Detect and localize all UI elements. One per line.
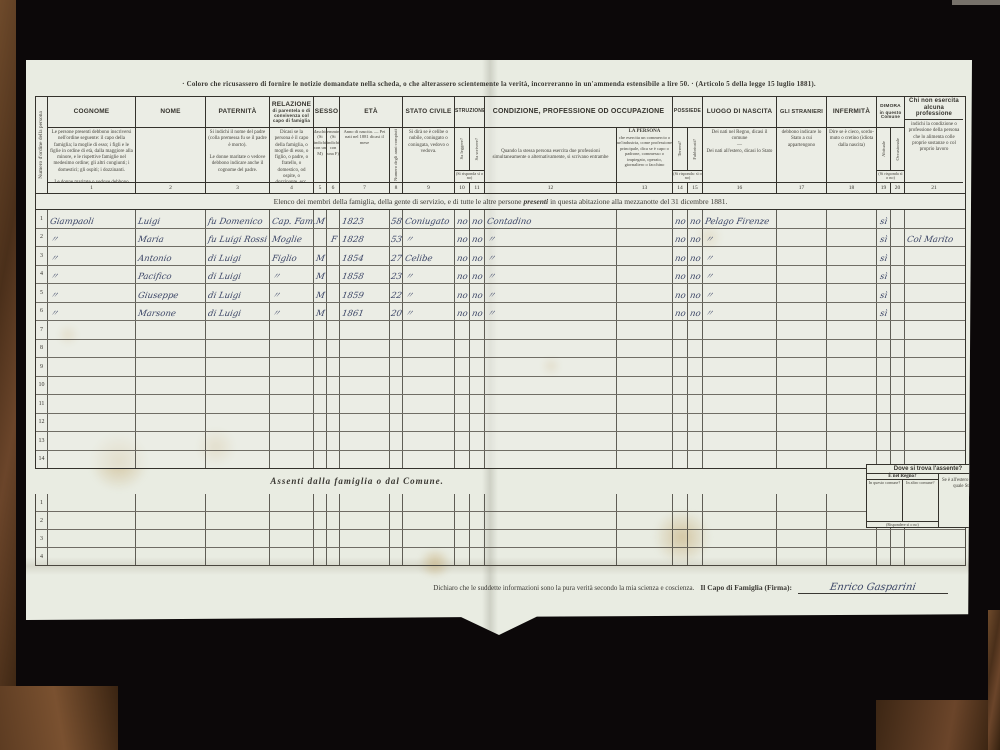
cell-terreni: no — [674, 217, 686, 227]
table-row: 2 — [36, 512, 965, 530]
cell-relazione: 〃 — [271, 289, 282, 301]
cell-terreni: no — [674, 272, 686, 282]
present-persons-table: Numero d'ordine della persona COGNOME Le… — [35, 96, 966, 469]
table-row: 3 — [36, 530, 965, 548]
cell-sa-scrivere: no — [471, 254, 483, 264]
cell-sa-leggere: no — [456, 235, 468, 245]
cell-luogo-nascita: 〃 — [704, 289, 715, 301]
cell-row-number: 3 — [36, 530, 48, 547]
cell-anno-nascita: 1828 — [341, 235, 364, 245]
cell-stato-civile: Celibe — [404, 254, 433, 264]
cell-stato-civile: Coniugato — [404, 217, 450, 227]
cell-row-number: 8 — [36, 340, 48, 358]
col-chi-non-esercita: Chi non esercita alcuna professione indi… — [905, 97, 963, 193]
cell-relazione: Cap. Fam. — [271, 217, 316, 227]
table-row: 4 〃 Pacifico di Luigi 〃 M 1858 23 〃 no n… — [36, 266, 965, 285]
cell-paternita: di Luigi — [207, 291, 242, 301]
cell-luogo-nascita: 〃 — [704, 252, 715, 264]
cell-sa-leggere: no — [456, 309, 468, 319]
table-row: 3 〃 Antonio di Luigi Figlio M 1854 27 Ce… — [36, 247, 965, 266]
cell-dimora-abituale: sì — [880, 217, 889, 227]
cell-dimora-abituale: sì — [880, 272, 889, 282]
table-row: 10 — [36, 377, 965, 396]
cell-anno-nascita: 1861 — [341, 309, 364, 319]
cell-stato-civile: 〃 — [404, 233, 415, 245]
cell-condizione: 〃 — [486, 289, 497, 301]
cell-femmina: F — [330, 235, 338, 245]
cell-condizione: 〃 — [486, 307, 497, 319]
cell-luogo-nascita: 〃 — [704, 307, 715, 319]
cell-anno-nascita: 1823 — [341, 217, 364, 227]
wood-table-edge-left — [0, 0, 16, 750]
cell-cognome: Giampaoli — [49, 217, 94, 227]
cell-relazione: Figlio — [271, 254, 297, 264]
cell-nome: Marsone — [137, 309, 177, 319]
terreni-label: Terreni? — [677, 141, 682, 156]
cell-fabbricati: no — [689, 235, 701, 245]
table-row: 9 — [36, 358, 965, 377]
cell-luogo-nascita: 〃 — [704, 270, 715, 282]
col-stranieri: GLI STRANIERI debbono indicare lo Stato … — [777, 97, 827, 193]
cell-paternita: di Luigi — [207, 309, 242, 319]
cell-fabbricati: no — [689, 217, 701, 227]
cell-sa-scrivere: no — [471, 272, 483, 282]
cell-row-number: 5 — [36, 284, 48, 302]
cell-terreni: no — [674, 235, 686, 245]
row-number-column-label: Numero d'ordine della persona — [38, 111, 44, 179]
cell-luogo-nascita: 〃 — [704, 233, 715, 245]
col-nome: NOME 2 — [136, 97, 206, 193]
cell-terreni: no — [674, 309, 686, 319]
cell-fabbricati: no — [689, 309, 701, 319]
cell-row-number: 9 — [36, 358, 48, 376]
cell-fabbricati: no — [689, 272, 701, 282]
wood-table-corner-bottom-left — [0, 686, 118, 750]
col-istruzione: ISTRUZIONE Sa leggere? Sa scrivere? (Si … — [455, 97, 485, 193]
cell-maschio: M — [315, 254, 325, 264]
cell-row-number: 1 — [36, 494, 48, 511]
cell-anno-nascita: 1854 — [341, 254, 364, 264]
cell-nome: Giuseppe — [137, 291, 179, 301]
cell-row-number: 6 — [36, 303, 48, 321]
cell-maschio: M — [315, 309, 325, 319]
table-row: 1 Giampaoli Luigi fu Domenico Cap. Fam. … — [36, 210, 965, 229]
cell-stato-civile: 〃 — [404, 289, 415, 301]
cell-paternita: di Luigi — [207, 254, 242, 264]
cell-sa-scrivere: no — [471, 309, 483, 319]
sa-scrivere-label: Sa scrivere? — [474, 138, 479, 160]
abituale-label: Abituale — [881, 141, 886, 157]
col-cognome: COGNOME Le persone presenti debbono insc… — [48, 97, 136, 193]
cell-fabbricati: no — [689, 291, 701, 301]
table-row: 2 〃 Maria fu Luigi Rossi Moglie F 1828 5… — [36, 229, 965, 248]
present-rows: 1 Giampaoli Luigi fu Domenico Cap. Fam. … — [36, 210, 965, 468]
cell-terreni: no — [674, 254, 686, 264]
head-of-family-signature: Enrico Gasparini — [798, 582, 948, 594]
cell-cognome: 〃 — [49, 289, 60, 301]
cell-maschio: M — [315, 272, 325, 282]
paper-sliver — [952, 0, 1000, 5]
col-dimora: DIMORA in questo Comune Abituale Occasio… — [877, 97, 905, 193]
present-list-title: Elenco dei membri della famiglia, della … — [36, 194, 965, 210]
cell-terreni: no — [674, 291, 686, 301]
cell-dimora-abituale: sì — [880, 309, 889, 319]
cell-cognome: 〃 — [49, 252, 60, 264]
cell-row-number: 3 — [36, 247, 48, 265]
cell-dimora-abituale: sì — [880, 291, 889, 301]
cell-anni-compiuti: 53 — [390, 235, 403, 245]
col-sesso: SESSO Maschio(Si indichi con un M) Femmi… — [314, 97, 340, 193]
cell-anni-compiuti: 22 — [390, 291, 403, 301]
table-row: 6 〃 Marsone di Luigi 〃 M 1861 20 〃 no no… — [36, 303, 965, 322]
table-row: 14 — [36, 451, 965, 469]
cell-row-number: 2 — [36, 229, 48, 247]
occasionale-label: Occasionale — [895, 138, 900, 160]
absent-section-title: Assenti dalla famiglia o dal Comune. — [26, 476, 688, 486]
col-eta: ETÀ Anno di nascita. — Pei nati nel 1881… — [340, 97, 403, 193]
cell-chi-alimenta: Col Marito — [906, 235, 954, 245]
cell-maschio: M — [315, 217, 325, 227]
absent-location-box: Dove si trova l'assente? È nel Regno? In… — [866, 464, 990, 528]
cell-anno-nascita: 1859 — [341, 291, 364, 301]
cell-sa-leggere: no — [456, 291, 468, 301]
cell-luogo-nascita: Pelago Firenze — [704, 217, 770, 227]
cell-cognome: 〃 — [49, 307, 60, 319]
table-row: 5 〃 Giuseppe di Luigi 〃 M 1859 22 〃 no n… — [36, 284, 965, 303]
cell-sa-leggere: no — [456, 217, 468, 227]
cell-sa-scrivere: no — [471, 235, 483, 245]
cell-cognome: 〃 — [49, 233, 60, 245]
sa-leggere-label: Sa leggere? — [459, 138, 464, 159]
cell-nome: Luigi — [137, 217, 161, 227]
table-row: 13 — [36, 432, 965, 451]
cell-relazione: Moglie — [271, 235, 302, 245]
anni-compiuti-label: Numero degli anni compiuti — [393, 129, 398, 181]
cell-stato-civile: 〃 — [404, 270, 415, 282]
table-row: 7 — [36, 321, 965, 340]
legal-warning-text: · Coloro che ricusassero di fornire le n… — [26, 80, 972, 88]
cell-nome: Antonio — [137, 254, 172, 264]
absent-rows: 1 2 — [36, 494, 965, 565]
cell-row-number: 1 — [36, 210, 48, 228]
cell-anni-compiuti: 27 — [390, 254, 403, 264]
col-possiede: POSSIEDE Terreni? Fabbricati? (Si rispon… — [673, 97, 703, 193]
col-luogo-nascita: LUOGO DI NASCITA Dei nati nel Regno, dic… — [703, 97, 777, 193]
cell-paternita: di Luigi — [207, 272, 242, 282]
cell-condizione: 〃 — [486, 270, 497, 282]
fabbricati-label: Fabbricati? — [692, 139, 697, 160]
cell-sa-leggere: no — [456, 254, 468, 264]
table-header: Numero d'ordine della persona COGNOME Le… — [36, 97, 965, 194]
cell-row-number: 7 — [36, 321, 48, 339]
cell-sa-scrivere: no — [471, 291, 483, 301]
photo-of-census-form: { "warning": "· Coloro che ricusassero d… — [0, 0, 1000, 750]
cell-cognome: 〃 — [49, 270, 60, 282]
cell-maschio: M — [315, 291, 325, 301]
col-stato-civile: STATO CIVILE Si dirà se è celibe o nubil… — [403, 97, 455, 193]
absent-persons-table: 1 2 — [35, 494, 966, 566]
col-infermita: INFERMITÀ Dire se è cieco, sordo-muto o … — [827, 97, 877, 193]
col-relazione: RELAZIONE di parentela o di convivenza c… — [270, 97, 314, 193]
cell-row-number: 2 — [36, 512, 48, 529]
cell-condizione: Contadino — [486, 217, 532, 227]
col-condizione: CONDIZIONE, PROFESSIONE OD OCCUPAZIONE Q… — [485, 97, 673, 193]
declaration-line: Dichiaro che le suddette informazioni so… — [136, 582, 948, 594]
cell-sa-scrivere: no — [471, 217, 483, 227]
col-paternita: PATERNITÀ Si indichi il nome del padre (… — [206, 97, 270, 193]
cell-relazione: 〃 — [271, 270, 282, 282]
cell-nome: Maria — [137, 235, 164, 245]
cell-row-number: 14 — [36, 451, 48, 469]
cell-condizione: 〃 — [486, 252, 497, 264]
cell-dimora-abituale: sì — [880, 254, 889, 264]
table-row: 1 — [36, 494, 965, 512]
wood-table-corner-bottom-right — [876, 700, 1000, 750]
cell-anni-compiuti: 23 — [390, 272, 403, 282]
cell-stato-civile: 〃 — [404, 307, 415, 319]
wood-table-edge-right — [988, 610, 1000, 750]
cell-nome: Pacifico — [137, 272, 172, 282]
table-row: 11 — [36, 395, 965, 414]
census-form-sheet: · Coloro che ricusassero di fornire le n… — [26, 60, 972, 635]
cell-row-number: 10 — [36, 377, 48, 395]
cell-dimora-abituale: sì — [880, 235, 889, 245]
table-row: 8 — [36, 340, 965, 359]
cell-row-number: 12 — [36, 414, 48, 432]
cell-paternita: fu Domenico — [207, 217, 263, 227]
table-row: 4 — [36, 548, 965, 565]
cell-paternita: fu Luigi Rossi — [207, 235, 268, 245]
cell-anno-nascita: 1858 — [341, 272, 364, 282]
cell-anni-compiuti: 58 — [390, 217, 403, 227]
cell-relazione: 〃 — [271, 307, 282, 319]
cell-row-number: 4 — [36, 548, 48, 565]
table-row: 12 — [36, 414, 965, 433]
cell-row-number: 4 — [36, 266, 48, 284]
cell-anni-compiuti: 20 — [390, 309, 403, 319]
col-number: Numero d'ordine della persona — [36, 97, 48, 193]
cell-fabbricati: no — [689, 254, 701, 264]
cell-row-number: 11 — [36, 395, 48, 413]
cell-condizione: 〃 — [486, 233, 497, 245]
cell-sa-leggere: no — [456, 272, 468, 282]
cell-row-number: 13 — [36, 432, 48, 450]
